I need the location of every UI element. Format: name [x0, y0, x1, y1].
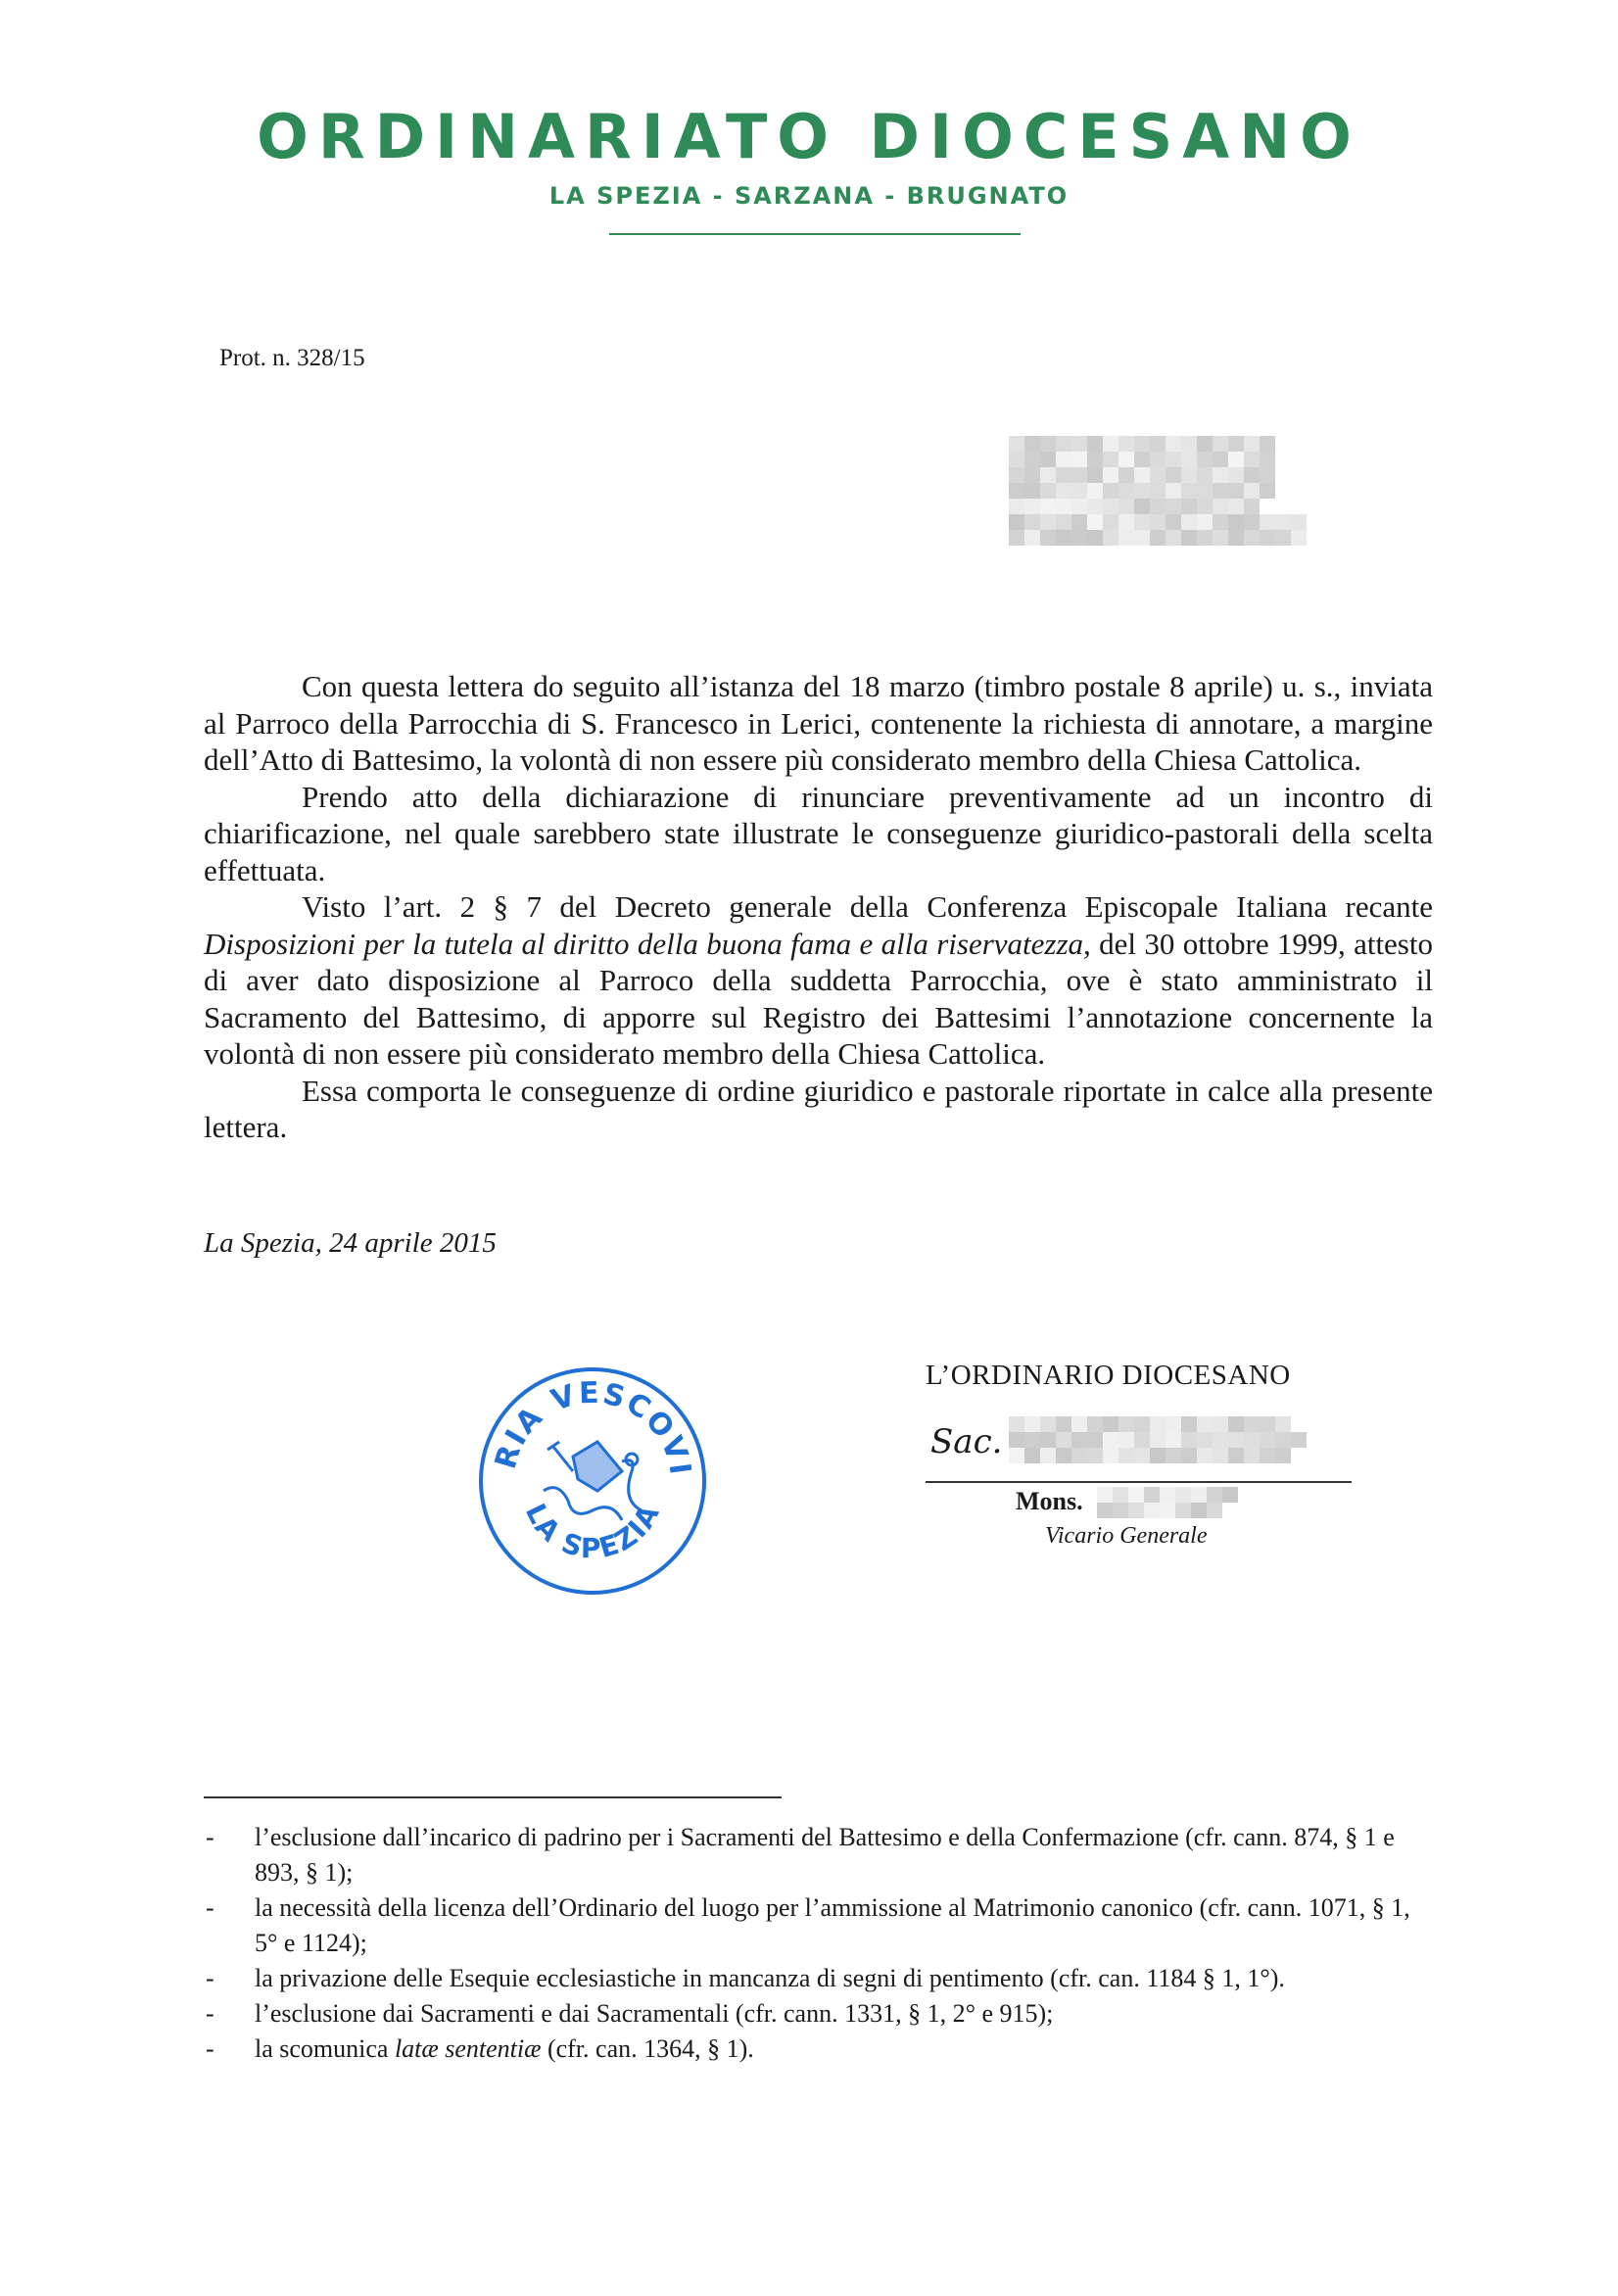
list-item: -la privazione delle Esequie ecclesiasti… — [204, 1961, 1438, 1996]
signature-line — [926, 1481, 1352, 1483]
dash-bullet-icon: - — [206, 2032, 214, 2067]
paragraph-4: Essa comporta le conseguenze di ordine g… — [204, 1073, 1433, 1146]
list-item: -l’esclusione dai Sacramenti e dai Sacra… — [204, 1996, 1438, 2032]
letter-body: Con questa lettera do seguito all’istanz… — [204, 668, 1433, 1146]
list-item-text: la scomunica — [255, 2034, 395, 2063]
latin-term: latæ sententiæ — [395, 2034, 542, 2063]
signatory-title: L’ORDINARIO DIOCESANO — [926, 1360, 1291, 1392]
dash-bullet-icon: - — [206, 1820, 214, 1855]
redacted-signature — [1009, 1416, 1332, 1463]
letterhead-subtitle: LA SPEZIA - SARZANA - BRUGNATO — [0, 182, 1618, 210]
letterhead-title: ORDINARIATO DIOCESANO — [0, 103, 1618, 171]
list-item: -la necessità della licenza dell’Ordinar… — [204, 1890, 1438, 1961]
paragraph-2: Prendo atto della dichiarazione di rinun… — [204, 779, 1433, 889]
redacted-signatory-name — [1097, 1487, 1273, 1518]
dash-bullet-icon: - — [206, 1996, 214, 2032]
list-item: -la scomunica latæ sententiæ (cfr. can. … — [204, 2032, 1438, 2067]
list-item-text: l’esclusione dall’incarico di padrino pe… — [255, 1823, 1395, 1887]
paragraph-1: Con questa lettera do seguito all’istanz… — [204, 668, 1433, 779]
svg-text:LA SPEZIA: LA SPEZIA — [519, 1498, 667, 1564]
paragraph-3: Visto l’art. 2 § 7 del Decreto generale … — [204, 888, 1433, 1073]
consequences-list: -l’esclusione dall’incarico di padrino p… — [204, 1820, 1438, 2067]
list-item-text: (cfr. can. 1364, § 1). — [541, 2034, 753, 2063]
redacted-recipient-address — [1009, 436, 1332, 573]
footnote-divider — [204, 1796, 782, 1798]
list-item: -l’esclusione dall’incarico di padrino p… — [204, 1820, 1438, 1890]
signatory-prefix: Mons. — [1016, 1487, 1083, 1516]
protocol-number: Prot. n. 328/15 — [219, 345, 365, 372]
paragraph-3-lead: Visto l’art. 2 § 7 del Decreto generale … — [302, 889, 1433, 924]
decree-title: Disposizioni per la tutela al diritto de… — [204, 927, 1091, 961]
curia-stamp-icon: CURIA VESCOVILE LA SPEZIA — [475, 1363, 710, 1599]
date-line: La Spezia, 24 aprile 2015 — [204, 1227, 497, 1260]
dash-bullet-icon: - — [206, 1890, 214, 1926]
list-item-text: la necessità della licenza dell’Ordinari… — [255, 1893, 1410, 1957]
letterhead-divider — [609, 233, 1021, 235]
signatory-role: Vicario Generale — [1045, 1523, 1208, 1550]
list-item-text: l’esclusione dai Sacramenti e dai Sacram… — [255, 1999, 1053, 2028]
handwritten-signature: Sac. — [930, 1422, 1002, 1461]
dash-bullet-icon: - — [206, 1961, 214, 1996]
list-item-text: la privazione delle Esequie ecclesiastic… — [255, 1964, 1285, 1992]
